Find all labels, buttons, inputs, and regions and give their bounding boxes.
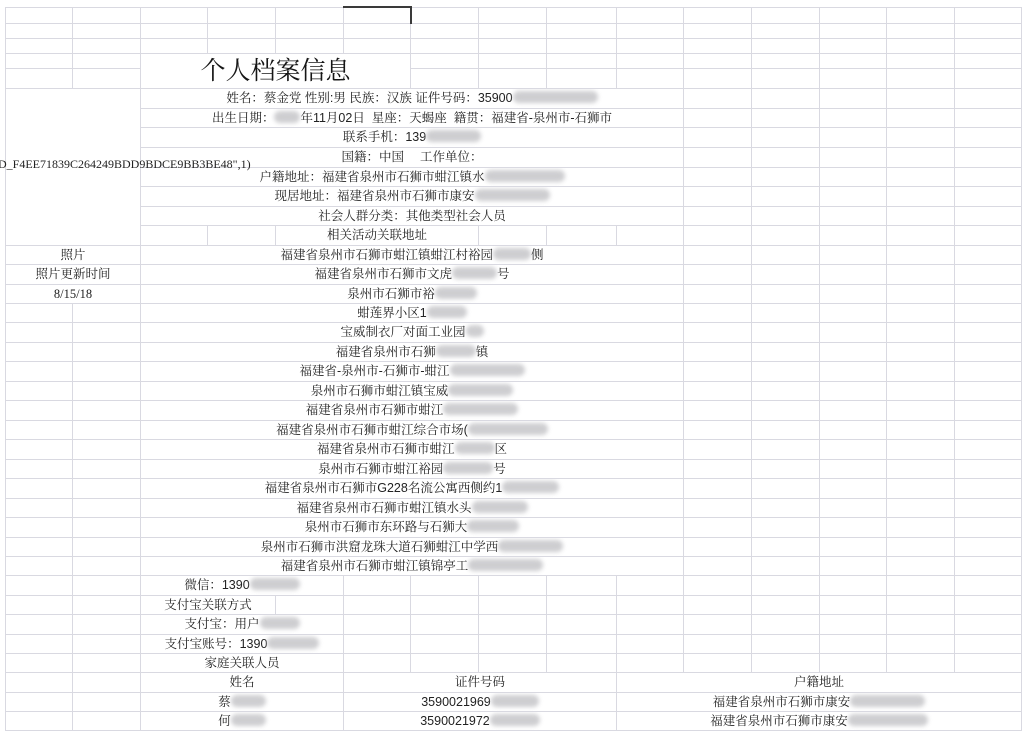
empty-cell[interactable] [411,575,479,595]
empty-cell[interactable] [752,498,820,517]
family-address-cell[interactable]: 福建省泉州市石狮市康安 [617,692,1022,711]
empty-cell[interactable] [276,38,344,53]
empty-cell[interactable] [887,23,955,38]
empty-cell[interactable] [684,498,752,517]
empty-cell[interactable] [752,88,820,108]
empty-cell[interactable] [73,53,141,68]
empty-cell[interactable] [479,614,547,634]
empty-cell[interactable] [820,127,887,147]
empty-cell[interactable] [820,653,887,672]
activity-address[interactable]: 泉州市石狮市东环路与石狮大 [141,517,684,537]
activity-address[interactable]: 福建省-泉州市-石狮市-蚶江 [141,361,684,381]
empty-cell[interactable] [344,653,411,672]
activity-address[interactable]: 福建省泉州市石狮市蚶江镇锦亭工 [141,556,684,575]
empty-cell[interactable] [752,108,820,127]
empty-cell[interactable] [820,478,887,498]
empty-cell[interactable] [141,225,208,245]
empty-cell[interactable] [6,23,73,38]
empty-cell[interactable] [820,245,887,264]
empty-cell[interactable] [887,147,955,167]
empty-cell[interactable] [684,634,752,653]
empty-cell[interactable] [820,634,887,653]
empty-cell[interactable] [887,575,955,595]
empty-cell[interactable] [6,400,73,420]
empty-cell[interactable] [820,303,887,322]
empty-cell[interactable] [820,7,887,23]
selected-cell[interactable] [344,7,411,23]
empty-cell[interactable] [684,575,752,595]
empty-cell[interactable] [6,692,73,711]
empty-cell[interactable] [820,342,887,361]
empty-cell[interactable] [617,575,684,595]
empty-cell[interactable] [752,167,820,186]
empty-cell[interactable] [617,614,684,634]
empty-cell[interactable] [752,420,820,439]
empty-cell[interactable] [820,595,887,614]
empty-cell[interactable] [411,68,479,88]
empty-cell[interactable] [6,322,73,342]
empty-cell[interactable] [752,439,820,459]
empty-cell[interactable] [684,439,752,459]
empty-cell[interactable] [887,303,955,322]
empty-cell[interactable] [955,498,1022,517]
empty-cell[interactable] [887,498,955,517]
empty-cell[interactable] [547,7,617,23]
empty-cell[interactable] [752,634,820,653]
empty-cell[interactable] [820,498,887,517]
empty-cell[interactable] [752,653,820,672]
photo-update-date-cell[interactable]: 8/15/18 [6,284,141,303]
empty-cell[interactable] [73,361,141,381]
empty-cell[interactable] [73,459,141,478]
empty-cell[interactable] [887,361,955,381]
empty-cell[interactable] [344,38,411,53]
empty-cell[interactable] [887,7,955,23]
empty-cell[interactable] [73,303,141,322]
empty-cell[interactable] [752,245,820,264]
empty-cell[interactable] [752,284,820,303]
empty-cell[interactable] [887,342,955,361]
empty-cell[interactable] [684,361,752,381]
empty-cell[interactable] [6,361,73,381]
empty-cell[interactable] [820,556,887,575]
empty-cell[interactable] [955,478,1022,498]
empty-cell[interactable] [6,342,73,361]
residence-address-cell[interactable]: 现居地址：福建省泉州市石狮市康安 [141,186,684,206]
empty-cell[interactable] [276,23,344,38]
empty-cell[interactable] [411,595,479,614]
empty-cell[interactable] [820,400,887,420]
empty-cell[interactable] [617,225,684,245]
empty-cell[interactable] [6,459,73,478]
empty-cell[interactable] [73,575,141,595]
empty-cell[interactable] [479,634,547,653]
empty-cell[interactable] [73,420,141,439]
empty-cell[interactable] [887,614,955,634]
empty-cell[interactable] [73,556,141,575]
empty-cell[interactable] [752,614,820,634]
empty-cell[interactable] [208,7,276,23]
empty-cell[interactable] [73,672,141,692]
empty-cell[interactable] [6,653,73,672]
empty-cell[interactable] [73,634,141,653]
empty-cell[interactable] [6,478,73,498]
empty-cell[interactable] [752,361,820,381]
photo-label-cell[interactable]: 照片 [6,245,141,264]
empty-cell[interactable] [6,537,73,556]
empty-cell[interactable] [752,206,820,225]
empty-cell[interactable] [479,653,547,672]
empty-cell[interactable] [617,53,684,68]
empty-cell[interactable] [820,381,887,400]
empty-cell[interactable] [955,537,1022,556]
empty-cell[interactable] [955,556,1022,575]
empty-cell[interactable] [617,68,684,88]
empty-cell[interactable] [887,68,955,88]
empty-cell[interactable] [820,517,887,537]
empty-cell[interactable] [887,127,955,147]
empty-cell[interactable] [684,206,752,225]
empty-cell[interactable] [887,108,955,127]
empty-cell[interactable] [752,322,820,342]
empty-cell[interactable] [820,68,887,88]
empty-cell[interactable] [955,127,1022,147]
empty-cell[interactable] [887,459,955,478]
empty-cell[interactable] [684,147,752,167]
empty-cell[interactable] [684,127,752,147]
empty-cell[interactable] [887,517,955,537]
empty-cell[interactable] [955,517,1022,537]
empty-cell[interactable] [752,53,820,68]
empty-cell[interactable] [411,614,479,634]
empty-cell[interactable] [684,7,752,23]
empty-cell[interactable] [887,264,955,284]
empty-cell[interactable] [547,634,617,653]
empty-cell[interactable] [684,614,752,634]
empty-cell[interactable] [955,53,1022,68]
empty-cell[interactable] [955,284,1022,303]
empty-cell[interactable] [887,653,955,672]
empty-cell[interactable] [617,7,684,23]
empty-cell[interactable] [73,478,141,498]
empty-cell[interactable] [955,614,1022,634]
empty-cell[interactable] [955,653,1022,672]
empty-cell[interactable] [141,7,208,23]
activity-address-header[interactable]: 相关活动关联地址 [276,225,479,245]
empty-cell[interactable] [955,206,1022,225]
empty-cell[interactable] [73,711,141,730]
empty-cell[interactable] [752,595,820,614]
empty-cell[interactable] [887,556,955,575]
empty-cell[interactable] [73,322,141,342]
empty-cell[interactable] [887,225,955,245]
activity-address[interactable]: 泉州市石狮市裕 [141,284,684,303]
empty-cell[interactable] [887,478,955,498]
empty-cell[interactable] [955,88,1022,108]
empty-cell[interactable] [684,400,752,420]
empty-cell[interactable] [955,245,1022,264]
empty-cell[interactable] [820,322,887,342]
empty-cell[interactable] [547,23,617,38]
empty-cell[interactable] [617,653,684,672]
empty-cell[interactable] [955,595,1022,614]
empty-cell[interactable] [547,68,617,88]
empty-cell[interactable] [955,38,1022,53]
empty-cell[interactable] [73,381,141,400]
empty-cell[interactable] [955,225,1022,245]
empty-cell[interactable] [411,653,479,672]
empty-cell[interactable] [684,459,752,478]
empty-cell[interactable] [73,653,141,672]
empty-cell[interactable] [73,692,141,711]
empty-cell[interactable] [344,614,411,634]
empty-cell[interactable] [73,400,141,420]
family-header-cell[interactable]: 家庭关联人员 [141,653,344,672]
empty-cell[interactable] [955,381,1022,400]
empty-cell[interactable] [684,517,752,537]
family-name-cell[interactable]: 蔡 [141,692,344,711]
activity-address[interactable]: 宝威制衣厂对面工业园 [141,322,684,342]
empty-cell[interactable] [479,595,547,614]
empty-cell[interactable] [684,167,752,186]
empty-cell[interactable] [617,23,684,38]
empty-cell[interactable] [684,537,752,556]
empty-cell[interactable] [684,284,752,303]
empty-cell[interactable] [73,595,141,614]
empty-cell[interactable] [73,439,141,459]
empty-cell[interactable] [752,556,820,575]
activity-address[interactable]: 福建省泉州市石狮市蚶江区 [141,439,684,459]
empty-cell[interactable] [479,38,547,53]
empty-cell[interactable] [955,420,1022,439]
empty-cell[interactable] [887,38,955,53]
empty-cell[interactable] [276,595,344,614]
name-line-cell[interactable]: 姓名：蔡金党 性别:男 民族：汉族 证件号码：35900 [141,88,684,108]
empty-cell[interactable] [6,439,73,459]
empty-cell[interactable] [887,381,955,400]
empty-cell[interactable] [141,23,208,38]
empty-cell[interactable] [684,53,752,68]
empty-cell[interactable] [344,634,411,653]
empty-cell[interactable] [820,439,887,459]
empty-cell[interactable] [547,53,617,68]
empty-cell[interactable] [547,225,617,245]
empty-cell[interactable] [479,575,547,595]
empty-cell[interactable] [752,342,820,361]
empty-cell[interactable] [344,23,411,38]
empty-cell[interactable] [820,23,887,38]
empty-cell[interactable] [617,634,684,653]
empty-cell[interactable] [6,53,73,68]
empty-cell[interactable] [820,284,887,303]
empty-cell[interactable] [73,517,141,537]
empty-cell[interactable] [411,53,479,68]
activity-address[interactable]: 福建省泉州市石狮市蚶江镇蚶江村裕园侧 [141,245,684,264]
empty-cell[interactable] [547,595,617,614]
empty-cell[interactable] [684,653,752,672]
activity-address[interactable]: 福建省泉州市石狮市文虎号 [141,264,684,284]
empty-cell[interactable] [887,634,955,653]
empty-cell[interactable] [684,23,752,38]
empty-cell[interactable] [411,23,479,38]
activity-address[interactable]: 福建省泉州市石狮镇 [141,342,684,361]
empty-cell[interactable] [344,575,411,595]
phone-line-cell[interactable]: 联系手机：139 [141,127,684,147]
activity-address[interactable]: 福建省泉州市石狮市蚶江镇水头 [141,498,684,517]
empty-cell[interactable] [887,88,955,108]
empty-cell[interactable] [752,459,820,478]
empty-cell[interactable] [617,595,684,614]
empty-cell[interactable] [887,439,955,459]
empty-cell[interactable] [820,537,887,556]
family-col-address[interactable]: 户籍地址 [617,672,1022,692]
empty-cell[interactable] [684,342,752,361]
family-col-name[interactable]: 姓名 [141,672,344,692]
empty-cell[interactable] [684,556,752,575]
empty-cell[interactable] [479,7,547,23]
empty-cell[interactable] [6,634,73,653]
activity-address[interactable]: 泉州市石狮市洪窟龙珠大道石狮蚶江中学西 [141,537,684,556]
empty-cell[interactable] [752,147,820,167]
empty-cell[interactable] [955,634,1022,653]
empty-cell[interactable] [887,595,955,614]
empty-cell[interactable] [6,672,73,692]
empty-cell[interactable] [820,420,887,439]
activity-address[interactable]: 蚶莲界小区1 [141,303,684,322]
empty-cell[interactable] [208,38,276,53]
empty-cell[interactable] [479,225,547,245]
empty-cell[interactable] [6,7,73,23]
empty-cell[interactable] [955,7,1022,23]
wechat-cell[interactable]: 微信：1390 [141,575,344,595]
empty-cell[interactable] [208,23,276,38]
empty-cell[interactable] [820,147,887,167]
empty-cell[interactable] [820,206,887,225]
empty-cell[interactable] [955,439,1022,459]
empty-cell[interactable] [276,7,344,23]
empty-cell[interactable] [752,225,820,245]
empty-cell[interactable] [6,711,73,730]
empty-cell[interactable] [684,420,752,439]
empty-cell[interactable] [887,420,955,439]
empty-cell[interactable] [752,38,820,53]
empty-cell[interactable] [684,38,752,53]
empty-cell[interactable] [684,186,752,206]
alipay-account-cell[interactable]: 支付宝账号：1390 [141,634,344,653]
alipay-user-cell[interactable]: 支付宝：用户 [141,614,344,634]
empty-cell[interactable] [820,186,887,206]
empty-cell[interactable] [887,537,955,556]
empty-cell[interactable] [820,361,887,381]
empty-cell[interactable] [820,225,887,245]
family-id-cell[interactable]: 3590021969 [344,692,617,711]
empty-cell[interactable] [684,108,752,127]
empty-cell[interactable] [752,537,820,556]
alipay-header-cell[interactable]: 支付宝关联方式 [141,595,276,614]
empty-cell[interactable] [752,127,820,147]
empty-cell[interactable] [6,517,73,537]
empty-cell[interactable] [820,459,887,478]
empty-cell[interactable] [6,420,73,439]
empty-cell[interactable] [617,38,684,53]
empty-cell[interactable] [73,342,141,361]
empty-cell[interactable] [479,68,547,88]
empty-cell[interactable] [141,38,208,53]
empty-cell[interactable] [955,303,1022,322]
empty-cell[interactable] [684,88,752,108]
empty-cell[interactable] [547,653,617,672]
empty-cell[interactable] [955,186,1022,206]
empty-cell[interactable] [887,206,955,225]
empty-cell[interactable] [684,322,752,342]
empty-cell[interactable] [820,167,887,186]
activity-address[interactable]: 泉州市石狮市蚶江裕园号 [141,459,684,478]
empty-cell[interactable] [955,400,1022,420]
photo-update-label-cell[interactable]: 照片更新时间 [6,264,141,284]
empty-cell[interactable] [955,575,1022,595]
social-group-cell[interactable]: 社会人群分类：其他类型社会人员 [141,206,684,225]
empty-cell[interactable] [752,575,820,595]
empty-cell[interactable] [955,459,1022,478]
empty-cell[interactable] [752,186,820,206]
family-name-cell[interactable]: 何 [141,711,344,730]
empty-cell[interactable] [684,68,752,88]
empty-cell[interactable] [73,23,141,38]
empty-cell[interactable] [411,38,479,53]
empty-cell[interactable] [208,225,276,245]
empty-cell[interactable] [887,186,955,206]
empty-cell[interactable] [411,634,479,653]
empty-cell[interactable] [479,23,547,38]
empty-cell[interactable] [752,400,820,420]
empty-cell[interactable] [752,7,820,23]
empty-cell[interactable] [684,595,752,614]
family-col-id-number[interactable]: 证件号码 [344,672,617,692]
empty-cell[interactable] [479,53,547,68]
empty-cell[interactable] [955,108,1022,127]
empty-cell[interactable] [820,264,887,284]
empty-cell[interactable] [820,108,887,127]
empty-cell[interactable] [820,53,887,68]
empty-cell[interactable] [684,381,752,400]
empty-cell[interactable] [6,595,73,614]
empty-cell[interactable] [6,614,73,634]
activity-address[interactable]: 福建省泉州市石狮市G228名流公寓西侧约1 [141,478,684,498]
empty-cell[interactable] [73,38,141,53]
empty-cell[interactable] [73,7,141,23]
activity-address[interactable]: 泉州市石狮市蚶江镇宝威 [141,381,684,400]
empty-cell[interactable] [6,303,73,322]
empty-cell[interactable] [955,68,1022,88]
empty-cell[interactable] [411,7,479,23]
empty-cell[interactable] [887,245,955,264]
empty-cell[interactable] [684,303,752,322]
empty-cell[interactable] [6,381,73,400]
empty-cell[interactable] [955,23,1022,38]
empty-cell[interactable] [752,23,820,38]
empty-cell[interactable] [73,537,141,556]
empty-cell[interactable] [6,556,73,575]
empty-cell[interactable] [6,38,73,53]
empty-cell[interactable] [684,225,752,245]
empty-cell[interactable] [752,68,820,88]
empty-cell[interactable] [684,478,752,498]
empty-cell[interactable] [820,614,887,634]
empty-cell[interactable] [752,478,820,498]
empty-cell[interactable] [820,575,887,595]
empty-cell[interactable] [955,322,1022,342]
activity-address[interactable]: 福建省泉州市石狮市蚶江 [141,400,684,420]
